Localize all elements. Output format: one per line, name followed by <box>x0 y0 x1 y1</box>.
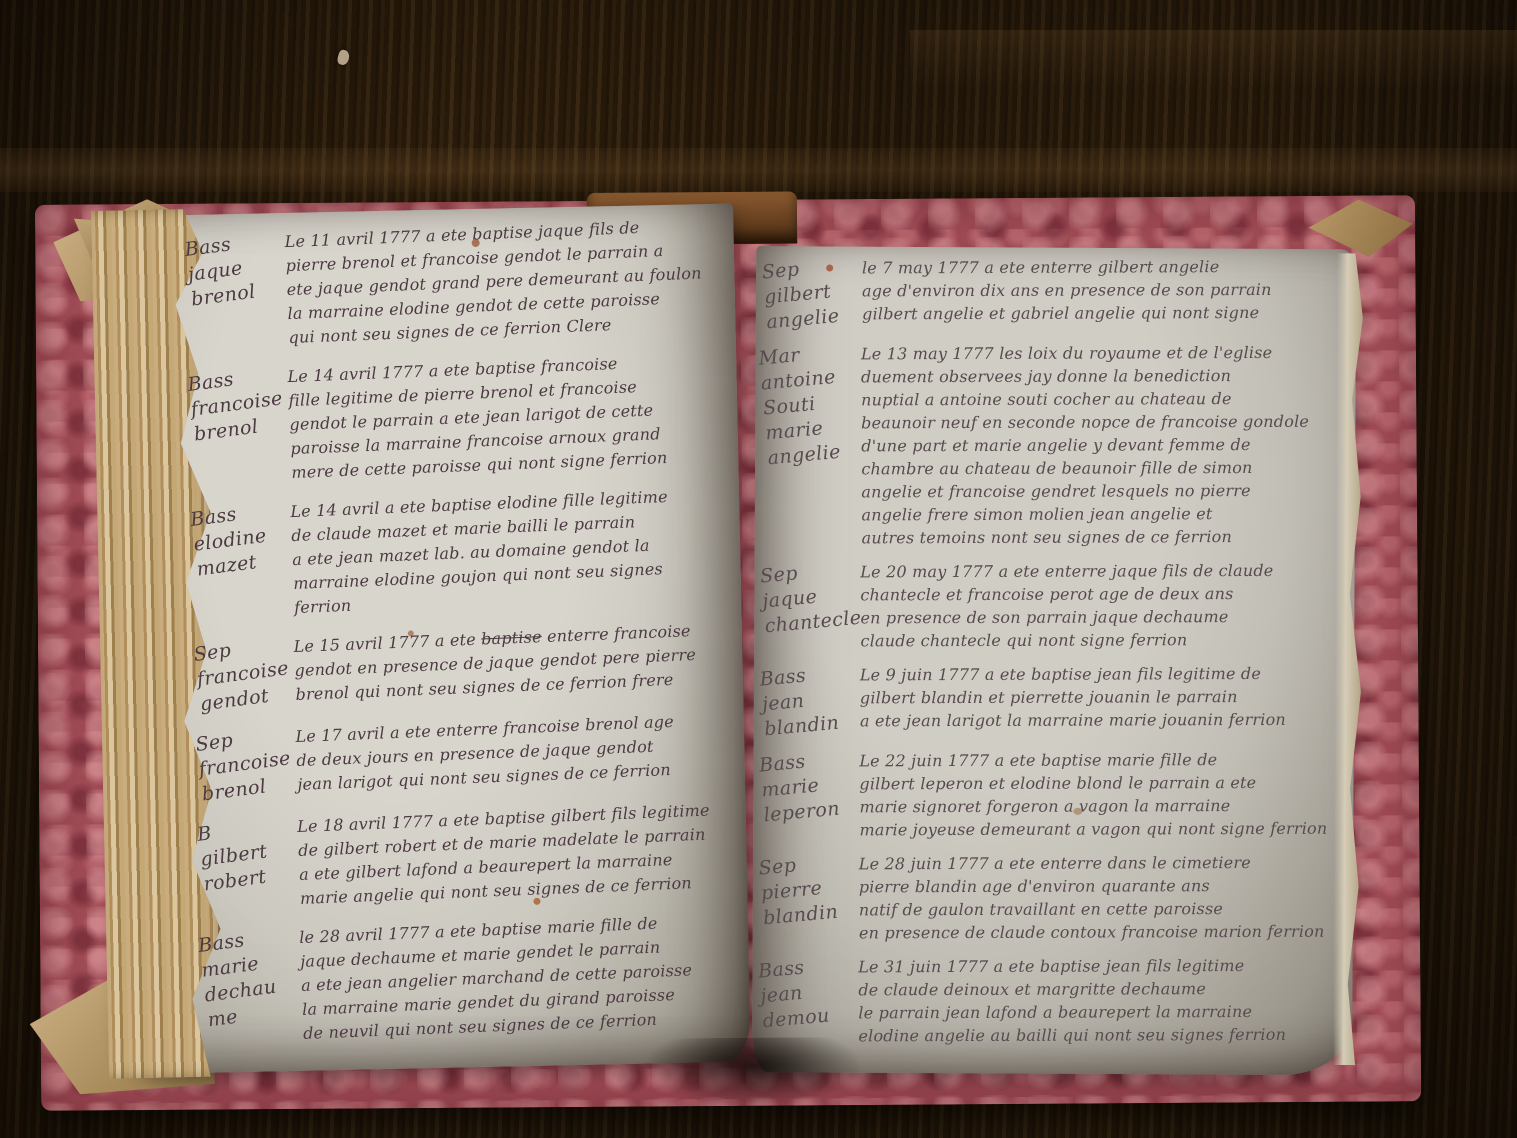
entry-text: Le 18 avril 1777 a ete baptise gilbert f… <box>297 798 733 911</box>
register-entry: Bass jean blandin Le 9 juin 1777 a ete b… <box>762 662 1340 739</box>
register-entry: Mar antoine Souti marie angelie Le 13 ma… <box>763 341 1342 550</box>
entry-margin-label: Bass marie dechau me <box>197 923 297 1034</box>
entry-text: Le 13 may 1777 les loix du royaume et de… <box>861 341 1342 550</box>
entry-margin-label: Bass jaque brenol <box>183 227 280 313</box>
register-entry: Sep jaque chantecle Le 20 may 1777 a ete… <box>762 559 1340 653</box>
entry-margin-label: Sep pierre blandin <box>758 849 852 932</box>
register-entry: Sep francoise gendot Le 15 avril 1777 a … <box>195 618 728 714</box>
photo-scene: Bass jaque brenol Le 11 avril 1777 a ete… <box>0 0 1517 1138</box>
left-page-entries: Bass jaque brenol Le 11 avril 1777 a ete… <box>187 218 734 1061</box>
entry-margin-label: Sep gilbert angelie <box>761 253 855 336</box>
right-page-entries: Sep gilbert angelie le 7 may 1777 a ete … <box>760 254 1342 1065</box>
entry-text: Le 20 may 1777 a ete enterre jaque fils … <box>860 559 1340 653</box>
entry-text: Le 31 juin 1777 a ete baptise jean fils … <box>858 954 1338 1048</box>
entry-text: Le 28 juin 1777 a ete enterre dans le ci… <box>859 851 1339 945</box>
entry-text: Le 14 avril 1777 a ete baptise francoise… <box>287 348 723 485</box>
entry-text: Le 22 juin 1777 a ete baptise marie fill… <box>859 748 1339 842</box>
entry-margin-label: Sep francoise brenol <box>194 722 291 808</box>
entry-margin-label: B gilbert robert <box>196 812 293 898</box>
left-page: Bass jaque brenol Le 11 avril 1777 a ete… <box>99 204 751 1075</box>
struck-word: baptise <box>481 627 542 648</box>
register-entry: Sep pierre blandin Le 28 juin 1777 a ete… <box>761 851 1339 945</box>
table-light-band <box>910 30 1517 90</box>
register-entry: Bass marie dechau me le 28 avril 1777 a … <box>201 909 735 1050</box>
register-entry: Bass jean demou Le 31 juin 1777 a ete ba… <box>760 954 1338 1048</box>
entry-margin-label: Bass marie leperon <box>758 746 852 829</box>
register-entry: Bass jaque brenol Le 11 avril 1777 a ete… <box>186 213 720 354</box>
register-entry: Bass elodine mazet Le 14 avril a ete bap… <box>192 483 726 624</box>
entry-margin-label: Sep francoise gendot <box>192 632 289 718</box>
entry-text: Le 17 avril a ete enterre francoise bren… <box>295 708 730 797</box>
entry-text: Le 14 avril a ete baptise elodine fille … <box>290 483 726 620</box>
register-entry: Bass francoise brenol Le 14 avril 1777 a… <box>189 348 723 489</box>
right-page: Sep gilbert angelie le 7 may 1777 a ete … <box>752 246 1356 1075</box>
entry-text: Le 11 avril 1777 a ete baptise jaque fil… <box>284 213 720 350</box>
entry-text: Le 9 juin 1777 a ete baptise jean fils l… <box>860 662 1340 733</box>
entry-margin-label: Bass elodine mazet <box>189 497 286 583</box>
register-entry: B gilbert robert Le 18 avril 1777 a ete … <box>199 798 732 915</box>
entry-margin-label: Bass francoise brenol <box>186 362 283 448</box>
gutter-shadow <box>643 1037 863 1109</box>
register-entry: Sep francoise brenol Le 17 avril a ete e… <box>197 708 730 804</box>
entry-text: le 7 may 1777 a ete enterre gilbert ange… <box>862 255 1342 326</box>
entry-margin-label: Sep jaque chantecle <box>759 557 853 640</box>
entry-text: Le 15 avril 1777 a ete baptise enterre f… <box>293 618 728 707</box>
entry-text-before: Le 15 avril 1777 a ete <box>293 630 481 657</box>
entry-text: le 28 avril 1777 a ete baptise marie fil… <box>299 909 735 1046</box>
entry-margin-label: Bass jean demou <box>757 952 851 1035</box>
entry-margin-label: Bass jean blandin <box>759 660 853 743</box>
entry-margin-label: Mar antoine Souti marie angelie <box>758 339 857 472</box>
parish-register-book: Bass jaque brenol Le 11 avril 1777 a ete… <box>27 173 1425 1117</box>
register-entry: Sep gilbert angelie le 7 may 1777 a ete … <box>764 255 1342 332</box>
register-entry: Bass marie leperon Le 22 juin 1777 a ete… <box>761 748 1339 842</box>
